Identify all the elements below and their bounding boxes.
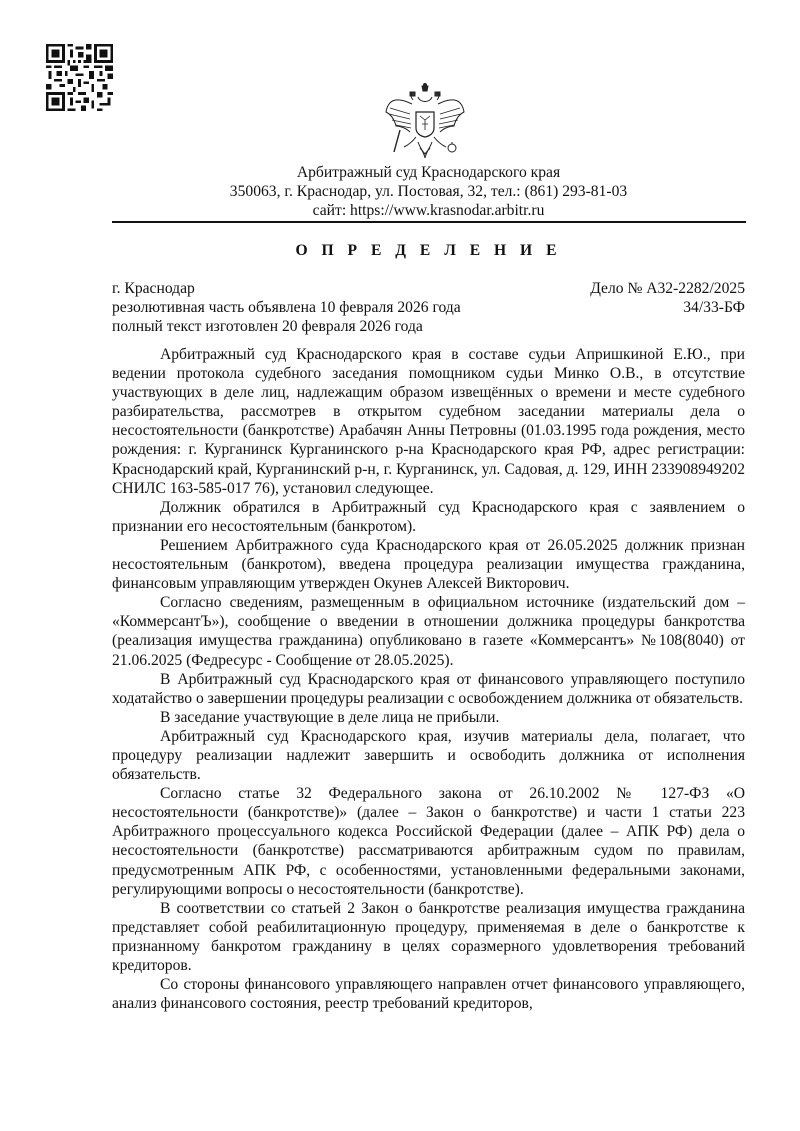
- case-code: 34/33-БФ: [683, 298, 745, 317]
- document-title: О П Р Е Д Е Л Е Н И Е: [112, 242, 745, 260]
- paragraph: Согласно статье 32 Федерального закона о…: [112, 784, 745, 899]
- paragraph: Арбитражный суд Краснодарского края, изу…: [112, 727, 745, 784]
- qr-code-icon: [46, 44, 113, 111]
- resolution-announced-date: резолютивная часть объявлена 10 февраля …: [112, 298, 461, 317]
- coat-of-arms-icon: [382, 82, 468, 164]
- city: г. Краснодар: [112, 279, 195, 298]
- paragraph: В заседание участвующие в деле лица не п…: [112, 708, 745, 727]
- case-number: Дело № А32-2282/2025: [590, 279, 745, 298]
- court-website: сайт: https://www.krasnodar.arbitr.ru: [112, 201, 745, 220]
- court-name: Арбитражный суд Краснодарского края: [112, 163, 745, 182]
- court-address: 350063, г. Краснодар, ул. Постовая, 32, …: [112, 182, 745, 201]
- full-text-date: полный текст изготовлен 20 февраля 2026 …: [112, 317, 423, 336]
- header-divider: [112, 221, 746, 223]
- paragraph: Должник обратился в Арбитражный суд Крас…: [112, 498, 745, 536]
- paragraph: В Арбитражный суд Краснодарского края от…: [112, 670, 745, 708]
- paragraph: Согласно сведениям, размещенным в официа…: [112, 593, 745, 669]
- document-meta: г. Краснодар Дело № А32-2282/2025 резолю…: [112, 279, 745, 336]
- paragraph: В соответствии со статьей 2 Закон о банк…: [112, 899, 745, 975]
- paragraph: Решением Арбитражного суда Краснодарског…: [112, 536, 745, 593]
- paragraph: Арбитражный суд Краснодарского края в со…: [112, 345, 745, 498]
- paragraph: Со стороны финансового управляющего напр…: [112, 975, 745, 1013]
- document-body: Арбитражный суд Краснодарского края в со…: [112, 345, 745, 1013]
- court-header: Арбитражный суд Краснодарского края 3500…: [112, 163, 745, 220]
